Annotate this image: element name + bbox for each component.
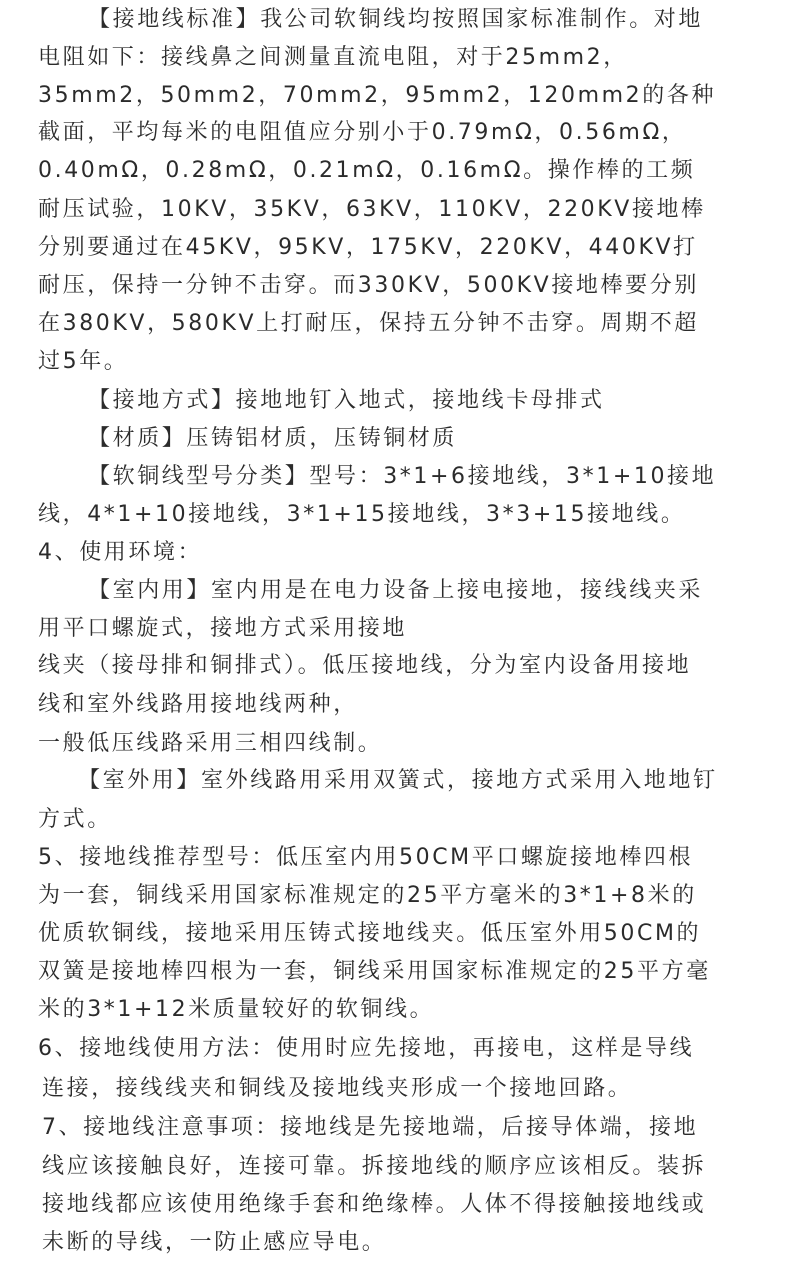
text-line: 耐压，保持一分钟不击穿。而330KV，500KV接地棒要分别 [38, 271, 699, 301]
text-line: 未断的导线，一防止感应导电。 [42, 1228, 386, 1258]
text-line: 过5年。 [38, 347, 128, 377]
text-line: 米的3*1+12米质量较好的软铜线。 [38, 995, 434, 1025]
text-line: 方式。 [38, 805, 112, 835]
product-description-document: 【接地线标准】我公司软铜线均按照国家标准制作。对地 电阻如下：接线鼻之间测量直流… [0, 0, 790, 1280]
text-line: 连接，接线线夹和铜线及接地线夹形成一个接地回路。 [42, 1074, 632, 1104]
text-line: 【室外用】室外线路用采用双簧式，接地方式采用入地地钉 [78, 766, 718, 796]
text-line: 【室内用】室内用是在电力设备上接电接地，接线线夹采 [88, 576, 703, 606]
text-line: 耐压试验，10KV，35KV，63KV，110KV，220KV接地棒 [38, 195, 706, 225]
text-line: 【接地线标准】我公司软铜线均按照国家标准制作。对地 [88, 5, 703, 35]
text-line: 7、接地线注意事项：接地线是先接地端，后接导体端，接地 [42, 1113, 698, 1143]
text-line: 【接地方式】接地地钉入地式，接地线卡母排式 [88, 386, 605, 416]
text-line: 35mm2，50mm2，70mm2，95mm2，120mm2的各种 [38, 81, 716, 111]
text-line: 接地线都应该使用绝缘手套和绝缘棒。人体不得接触接地线或 [42, 1190, 706, 1220]
text-line: 电阻如下：接线鼻之间测量直流电阻，对于25mm2， [38, 43, 628, 73]
text-line: 线夹（接母排和铜排式）。低压接地线，分为室内设备用接地 [38, 651, 691, 681]
text-line: 分别要通过在45KV，95KV，175KV，220KV，440KV打 [38, 233, 698, 263]
text-line: 线应该接触良好，连接可靠。拆接地线的顺序应该相反。装拆 [42, 1152, 706, 1182]
text-line: 截面，平均每米的电阻值应分别小于0.79mΩ，0.56mΩ， [38, 118, 686, 148]
text-line: 为一套，铜线采用国家标准规定的25平方毫米的3*1+8米的 [38, 881, 697, 911]
text-line: 双簧是接地棒四根为一套，铜线采用国家标准规定的25平方毫 [38, 957, 711, 987]
text-line: 0.40mΩ，0.28mΩ，0.21mΩ，0.16mΩ。操作棒的工频 [38, 156, 695, 186]
section-heading: 4、使用环境： [38, 538, 202, 568]
text-line: 一般低压线路采用三相四线制。 [38, 729, 382, 759]
text-line: 线，4*1+10接地线，3*1+15接地线，3*3+15接地线。 [38, 500, 685, 530]
text-line: 【软铜线型号分类】型号：3*1+6接地线，3*1+10接地 [88, 462, 716, 492]
text-line: 用平口螺旋式，接地方式采用接地 [38, 614, 407, 644]
text-line: 在380KV，580KV上打耐压，保持五分钟不击穿。周期不超 [38, 309, 699, 339]
text-line: 6、接地线使用方法：使用时应先接地，再接电，这样是导线 [38, 1034, 694, 1064]
text-line: 【材质】压铸铝材质，压铸铜材质 [88, 424, 457, 454]
text-line: 线和室外线路用接地线两种， [38, 690, 358, 720]
text-line: 优质软铜线，接地采用压铸式接地线夹。低压室外用50CM的 [38, 919, 701, 949]
text-line: 5、接地线推荐型号：低压室内用50CM平口螺旋接地棒四根 [38, 843, 693, 873]
